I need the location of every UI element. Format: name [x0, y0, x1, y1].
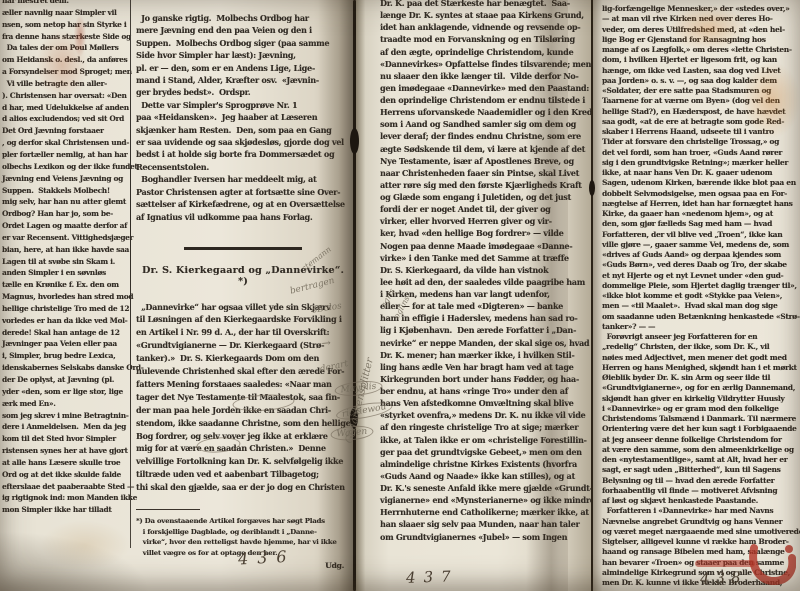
text-line: Ordet Lagen og maatte derfor af: [2, 220, 132, 232]
text-line: — at man vil rive Kirken ned over deres …: [602, 14, 800, 24]
text-line: *) Da ovenstaaende Artikel forgæves har …: [136, 516, 350, 526]
text-line: mig for at være en saadan Christen.» Den…: [136, 442, 350, 455]
text-line: nægtelse af Herren, idet han har fornægt…: [602, 199, 800, 209]
text-line: at være den samme, som den almeenkirkeli…: [602, 445, 800, 455]
text-line: mig selv, har han nu atter glemt: [2, 196, 132, 208]
article-text: „Dannevirke“ har ogsaa villet yde sin Sk…: [136, 301, 350, 495]
text-line: Nogen paa denne Maade imødegaae «Danne-: [380, 240, 592, 252]
text-line: Herrnhuterne end Catholikerne; mærker ik…: [380, 506, 592, 518]
text-line: Da tales der om Poul Møllers: [2, 42, 132, 54]
section-divider-rule: [184, 247, 302, 250]
text-line: om saadanne uden Betænkning henkastede «…: [602, 312, 800, 322]
text-line: «Soldater, der ere satte paa Stadsmuren …: [602, 86, 800, 96]
text-line: lig i Kjøbenhavn. Den ærede Forfatter i …: [380, 324, 592, 336]
ink-blob: [350, 408, 358, 428]
text-line: ærk med En».: [2, 398, 132, 410]
text-line: tiltræde uden ved et aabenbart Tilbageto…: [136, 468, 350, 481]
right-page-column: lig-forfængelige Mennesker,» der «stedes…: [602, 4, 800, 588]
text-line: „redelig“ Christen, der ikke, som Dr. K.…: [602, 342, 800, 352]
text-line: eller — for at tale med «Digteren» — ban…: [380, 300, 592, 312]
text-line: bian, here, at han ikke havde saa: [2, 244, 132, 256]
text-line: Christendoms Talsmænd i Danmark. Til nær…: [602, 414, 800, 424]
text-line: gen imødegaae «Dannevirke» med den Paast…: [380, 82, 592, 94]
text-line: mand i Stand, Alder, Kræfter osv. «Jævni…: [136, 74, 350, 86]
text-line: Boghandler Iversen har meddeelt mig, at: [136, 173, 350, 185]
text-line: dom, i hvilken Hjertet er ligesom frit, …: [602, 55, 800, 65]
text-line: saa godt, «at de ere at betragte som god…: [602, 117, 800, 127]
text-line: Taarnene for at værne om Byen» (dog vel …: [602, 96, 800, 106]
text-line: kom til det Sted hvor Simpler: [2, 433, 132, 445]
text-line: Belysning og til — hvad den ærede Forfat…: [602, 476, 800, 486]
text-line: , og derfor skal Christensen und-: [2, 137, 132, 149]
text-line: sagt, er sagt uden „Bitterhed“, kun til …: [602, 465, 800, 475]
handwritten-page-number-437: 437: [406, 567, 459, 587]
text-line: Dette var Simpler's Sprogprøve Nr. 1: [136, 99, 350, 111]
page-left: har mestret dem.æller navnlig naar Simpl…: [0, 0, 356, 591]
ink-blob: [589, 180, 595, 196]
text-line: det vel fordi, som han troer, «Guds Aand…: [602, 148, 800, 158]
text-line: Bog fordrer, og selv vover jeg ikke at e…: [136, 430, 350, 443]
text-line: skaber i Herrens Haand, udseete til i va…: [602, 127, 800, 137]
left-page-column-2: Jo ganske rigtig. Molbechs Ordbog harmer…: [136, 0, 350, 570]
article-heading: Dr. S. Kierkegaard og „Dannevirke“. *): [136, 265, 350, 287]
text-line: Magnus, hvorledes han stred mod: [2, 291, 132, 303]
text-line: hellige Stad?), en Hæderspost, de have h…: [602, 107, 800, 117]
text-line: i, Simpler, brug bedre Lexica,: [2, 350, 132, 362]
text-line: Pastor Christensen agter at fortsætte si…: [136, 186, 350, 198]
text-line: tager det Nye Testamente til Maalestok, …: [136, 391, 350, 404]
text-line: sig i den grundtvigske Retning»; mærker …: [602, 158, 800, 168]
text-line: af den ægte, oprindelige Christendom, ku…: [380, 46, 592, 58]
text-line: skjøndt han giver en kirkelig Vildrytter…: [602, 394, 800, 404]
text-line: Ord og at det ikke skulde falde: [2, 469, 132, 481]
text-line: Det Ord Jævning forstaaer: [2, 125, 132, 137]
text-line: nøies med Adjectivet, men mener det godt…: [602, 353, 800, 363]
scanned-journal-spread: har mestret dem.æller navnlig naar Simpl…: [0, 0, 800, 591]
text-line: sættelser af Kirkefædrene, og at en Over…: [136, 198, 350, 210]
text-line: mon Simpler ikke har tilladt: [2, 504, 132, 516]
text-line: Dr. S. Kierkegaard, da vilde han vistnok: [380, 264, 592, 276]
text-line: længe Dr. K. syntes at staae paa Kirkens…: [380, 9, 592, 21]
text-line: den «nytestamentlige», samt at Alt, hvad…: [602, 455, 800, 465]
text-line: fatters Mening forstaaes saaledes: «Naar…: [136, 378, 350, 391]
text-line: hænge, om ikke ved Lasten, saa dog ved L…: [602, 66, 800, 76]
text-line: dobbelt Selvmodsigelse, men ogsaa paa en…: [602, 189, 800, 199]
text-line: dere i Anmeldelsen. Men da jeg: [2, 421, 132, 433]
handwritten-page-number-438: 438: [700, 568, 747, 588]
text-line: i «Dannevirke» og er gram mod den folkel…: [602, 404, 800, 414]
text-line: ber endnu, at hans «ringe Tro» under den…: [380, 385, 592, 397]
page-fold-edge-left: [353, 0, 356, 591]
text-line: Ordbog? Han har jo, som be-: [2, 208, 132, 220]
footnote-rule: [136, 509, 200, 510]
text-line: yder «den, som er lige stor, lige: [2, 386, 132, 398]
text-line: at alle hans Læsere skulle troe: [2, 457, 132, 469]
text-line: thi skal den gjælde, saa er der jo dog e…: [136, 481, 350, 494]
text-line: Forfatteren i «Dannevirke» har med Navns: [602, 506, 800, 516]
text-line: Orientering være det her kun sagt i Forb…: [602, 424, 800, 434]
text-line: lige Bog er Gjenstand for Ransagning hos: [602, 35, 800, 45]
text-line: Forfatteren, der vil blive ved „Troen“, …: [602, 230, 800, 240]
text-line: anden Simpler i en søvnløs: [2, 267, 132, 279]
text-line: derede! Skal han antage de 12: [2, 327, 132, 339]
text-line: ristensen synes her at have gjort: [2, 445, 132, 457]
handwritten-page-number-436: 436: [238, 547, 296, 569]
text-line: «Grundtvigianerne — Dr. Kierkegaard (Str…: [136, 339, 350, 352]
text-line: virke“, hvor den retteligst havde hjemme…: [136, 537, 350, 547]
text-line: i forskjellige Dagblade, og deriblandt i…: [136, 527, 350, 537]
text-line: af den ringeste christelige Tro at sige;…: [380, 421, 592, 433]
text-line: at jeg anseer denne folkelige Christendo…: [602, 435, 800, 445]
text-line: lig-forfængelige Mennesker,» der «stedes…: [602, 4, 800, 14]
text-line: Jo ganske rigtig. Molbechs Ordbog har: [136, 12, 350, 24]
text-line: af Ignatius vil udkomme paa hans Forlag.: [136, 211, 350, 223]
text-line: af løst og skjævt henkastede Paastande.: [602, 496, 800, 506]
column-2-upper-text: Jo ganske rigtig. Molbechs Ordbog harmer…: [136, 12, 350, 223]
text-line: Suppen. Stakkels Molbech!: [2, 185, 132, 197]
text-line: efterslaae det paaberaabte Sted —: [2, 481, 132, 493]
text-line: vigianerne» end «Mynsterianerne» og ikke…: [380, 494, 592, 506]
text-line: velvillige Fortolkning kan Dr. K. selvfø…: [136, 455, 350, 468]
text-line: d har, med Udelukkelse af anden: [2, 102, 132, 114]
text-line: Tider at forsvare den christelige Trossa…: [602, 137, 800, 147]
text-line: atter røre sig med den første Kjærlighed…: [380, 179, 592, 191]
text-line: d alios excludendos; ved sit Ord: [2, 113, 132, 125]
text-line: veder, om deres Utilfredshed med, at «de…: [602, 25, 800, 35]
text-line: tanker).» Dr. S. Kierkegaards Dom om den: [136, 352, 350, 365]
text-line: virke» i den Tanke med det Samme at træf…: [380, 252, 592, 264]
text-line: pl. er — den, som er en Andens Lige, Lig…: [136, 62, 350, 74]
text-line: om Grundtvigianernes «Jubel» — som Ingen: [380, 531, 592, 543]
red-ink-smear: [695, 560, 755, 567]
text-line: ægte Sødskende til dem, vi lære at kjend…: [380, 143, 592, 155]
text-line: Recensentstolen.: [136, 161, 350, 173]
text-line: idet han anklagende, vidnende og revsend…: [380, 21, 592, 33]
text-line: og Glæde som engang i Juletiden, og det …: [380, 191, 592, 203]
text-line: nulevende Christenhed skal efter den ære…: [136, 365, 350, 378]
text-line: Lagen til at svøbe sin Skam i.: [2, 256, 132, 268]
text-line: bedst i at holde sig borte fra Dommersæd…: [136, 148, 350, 160]
text-line: har mestret dem.: [2, 0, 132, 7]
text-line: ker, hvad «den hellige Bog fordrer» — vi…: [380, 227, 592, 239]
text-line: ). Christensen har oversat: «Den: [2, 90, 132, 102]
text-line: æller navnlig naar Simpler vil: [2, 7, 132, 19]
text-line: Kirkegrunden bort under hans Fødder, og …: [380, 373, 592, 385]
text-line: er var Recensent. Vittighedsjæger: [2, 232, 132, 244]
text-line: fordi der er noget Andet til, der giver …: [380, 203, 592, 215]
text-line: nu slaaer den ikke længer til. Vilde der…: [380, 70, 592, 82]
text-line: Herren og hans Menighed, skjøndt han i e…: [602, 363, 800, 373]
text-line: Nye Testamente, især af Apostlenes Breve…: [380, 155, 592, 167]
text-line: ig rigtignok ind: mon Manden ikke: [2, 492, 132, 504]
text-line: Dr. K.'s seneste Anfald ikke mere gjælde…: [380, 482, 592, 494]
text-line: «ikke blot komme et godt «Stykke paa Vei…: [602, 291, 800, 301]
text-line: stendom, ikke saadanne Christne, som den…: [136, 417, 350, 430]
text-line: «styrket ovenfra,» medens Dr. K. nu ikke…: [380, 409, 592, 421]
column-divider-rule: [130, 0, 131, 548]
text-line: ling hans ædle Ven har bragt ham ved at …: [380, 361, 592, 373]
text-line: et nyt Hjerte og et nyt Levnet under «de…: [602, 271, 800, 281]
red-ink-flourish: [748, 542, 796, 588]
text-line: paa «Heidansken». Jeg haaber at Læseren: [136, 111, 350, 123]
text-line: Side hvor Simpler har læst): Jævning,: [136, 49, 350, 61]
text-line: Kirke, da gaaer han «nedenom hjem», og a…: [602, 209, 800, 219]
text-line: ger paa det grundtvigske Gebeet,» men om…: [380, 446, 592, 458]
text-line: Dr. K. mener; han mærker ikke, i hvilken…: [380, 349, 592, 361]
text-line: den oprindelige Christendom er endnu til…: [380, 94, 592, 106]
text-line: Forøvrigt anseer jeg Forfatteren for en: [602, 332, 800, 342]
page-right: lig-forfængelige Mennesker,» der «stedes…: [592, 0, 800, 591]
text-line: ham in effigie i Haderslev, medens han s…: [380, 312, 592, 324]
text-line: „Dannevirke“ har ogsaa villet yde sin Sk…: [136, 301, 350, 314]
text-line: men — «til Maalet». Hvad skal man dog si…: [602, 301, 800, 311]
text-line: mange af os Lægfolk,» om deres «lette Ch…: [602, 45, 800, 55]
text-line: hellige christelige Tro med de 12: [2, 303, 132, 315]
text-line: «Guds Aand og Naade» ikke kan stilles), …: [380, 470, 592, 482]
text-line: «Guds Børn», ved deres Daab og Tro, der …: [602, 260, 800, 270]
text-line: der man paa hele Jorden ikke en saadan C…: [136, 404, 350, 417]
text-line: traadte mod en Forvanskning og en Tilslø…: [380, 33, 592, 45]
text-line: ville gjøre —, gaaer samme Vei, medens d…: [602, 240, 800, 250]
text-line: som i Aand og Sandhed samler sig om dem …: [380, 118, 592, 130]
left-page-column-1: har mestret dem.æller navnlig naar Simpl…: [2, 0, 132, 516]
text-line: lever deraf; der findes endnu Christne, …: [380, 130, 592, 142]
text-line: pler fortæller nemlig, at han har: [2, 149, 132, 161]
text-line: ger brydes bedst». Ordspr.: [136, 86, 350, 98]
page-middle: Dr. K. paa det Stærkeste har benægtet. S…: [356, 0, 592, 591]
text-line: a Forsyndelser mod Sproget; men: [2, 66, 132, 78]
text-line: og været meget nærgaaende med sine umoti…: [602, 527, 800, 537]
text-line: i Kirken, medens han var langt udenfor,: [380, 288, 592, 300]
text-line: nevirke“ er neppe Manden, der skal sige …: [380, 337, 592, 349]
text-line: Sagen, udenom Kirken, bærende ikke blot …: [602, 178, 800, 188]
text-line: Herrens uforvanskede Naademidler og i de…: [380, 106, 592, 118]
middle-page-column: Dr. K. paa det Stærkeste har benægtet. S…: [380, 0, 592, 543]
text-line: skjænker ham Resten. Den, som paa en Gan…: [136, 124, 350, 136]
ink-blob: [350, 128, 359, 154]
text-line: Jævning end Veiens Jævning og: [2, 173, 132, 185]
text-line: om Heidansk o. desl., da anføres: [2, 54, 132, 66]
text-line: Dr. K. paa det Stærkeste har benægtet. S…: [380, 0, 592, 9]
text-line: dommelige Pleie, som Hjertet daglig træn…: [602, 281, 800, 291]
text-line: den, som gjør fælleds Sag med ham — hvad: [602, 219, 800, 229]
text-line: «Dannevirkes» Opfattelse findes tilsvare…: [380, 58, 592, 70]
text-line: til Løsningen af den Kierkegaardske Forv…: [136, 313, 350, 326]
text-line: mere Jævning end den paa Veien og den i: [136, 24, 350, 36]
text-line: som jeg skrev i mine Betragtnin-: [2, 410, 132, 422]
text-line: Suppen. Molbechs Ordbog siger (paa samme: [136, 37, 350, 49]
text-line: naar Christenheden faaer sin Pintse, ska…: [380, 167, 592, 179]
text-line: Nævnelse angrebet Grundtvig og hans Venn…: [602, 517, 800, 527]
text-line: virker, eller hvorved Herren giver og vi…: [380, 215, 592, 227]
text-line: han slaaer sig selv paa Munden, naar han…: [380, 518, 592, 530]
text-line: fra denne hans stærkeste Side og: [2, 31, 132, 43]
text-line: tælle en Krønike f. Ex. den om: [2, 279, 132, 291]
text-line: idenskabernes Selskabs danske Ord-: [2, 362, 132, 374]
text-line: hans Ven afstedkomne Omvæltning skal bli…: [380, 397, 592, 409]
text-line: almindelige christne Kirkes Existents (h…: [380, 458, 592, 470]
text-line: «drives af Guds Aand» og derpaa kjendes …: [602, 250, 800, 260]
text-line: Vi ville betragte den aller-: [2, 78, 132, 90]
text-line: nsen, som netop har sin Styrke i: [2, 19, 132, 31]
text-line: paa Jorden» o. s. v. —, og saa dog kalde…: [602, 76, 800, 86]
text-line: vorledes er han da ikke ved Mol-: [2, 315, 132, 327]
text-line: olbechs Lexikon og der ikke fundet: [2, 161, 132, 173]
text-line: lee høit ad den, der saaledes vilde paag…: [380, 276, 592, 288]
text-line: Jævninger paa Veien eller paa: [2, 338, 132, 350]
text-line: «Grundtvigianerne», og for en ærlig Dann…: [602, 383, 800, 393]
text-line: ikke, at Talen ikke er om «christelige F…: [380, 434, 592, 446]
text-line: en Artikel i Nr. 99 d. A., der har til O…: [136, 326, 350, 339]
text-line: Øieblik byder Dr. K. sin Arm og seer ild…: [602, 373, 800, 383]
text-line: er saa uvidende og saa skjødesløs, gjord…: [136, 136, 350, 148]
page-fold-edge-right: [591, 0, 593, 591]
text-line: der De oplyst, at Jævning (pl.: [2, 374, 132, 386]
text-line: ikke, at naar hans Ven Dr. K. gaaer uden…: [602, 168, 800, 178]
text-line: tanker»? — —: [602, 322, 800, 332]
text-line: forhaabentlig vil finde — motiveret Afvi…: [602, 486, 800, 496]
